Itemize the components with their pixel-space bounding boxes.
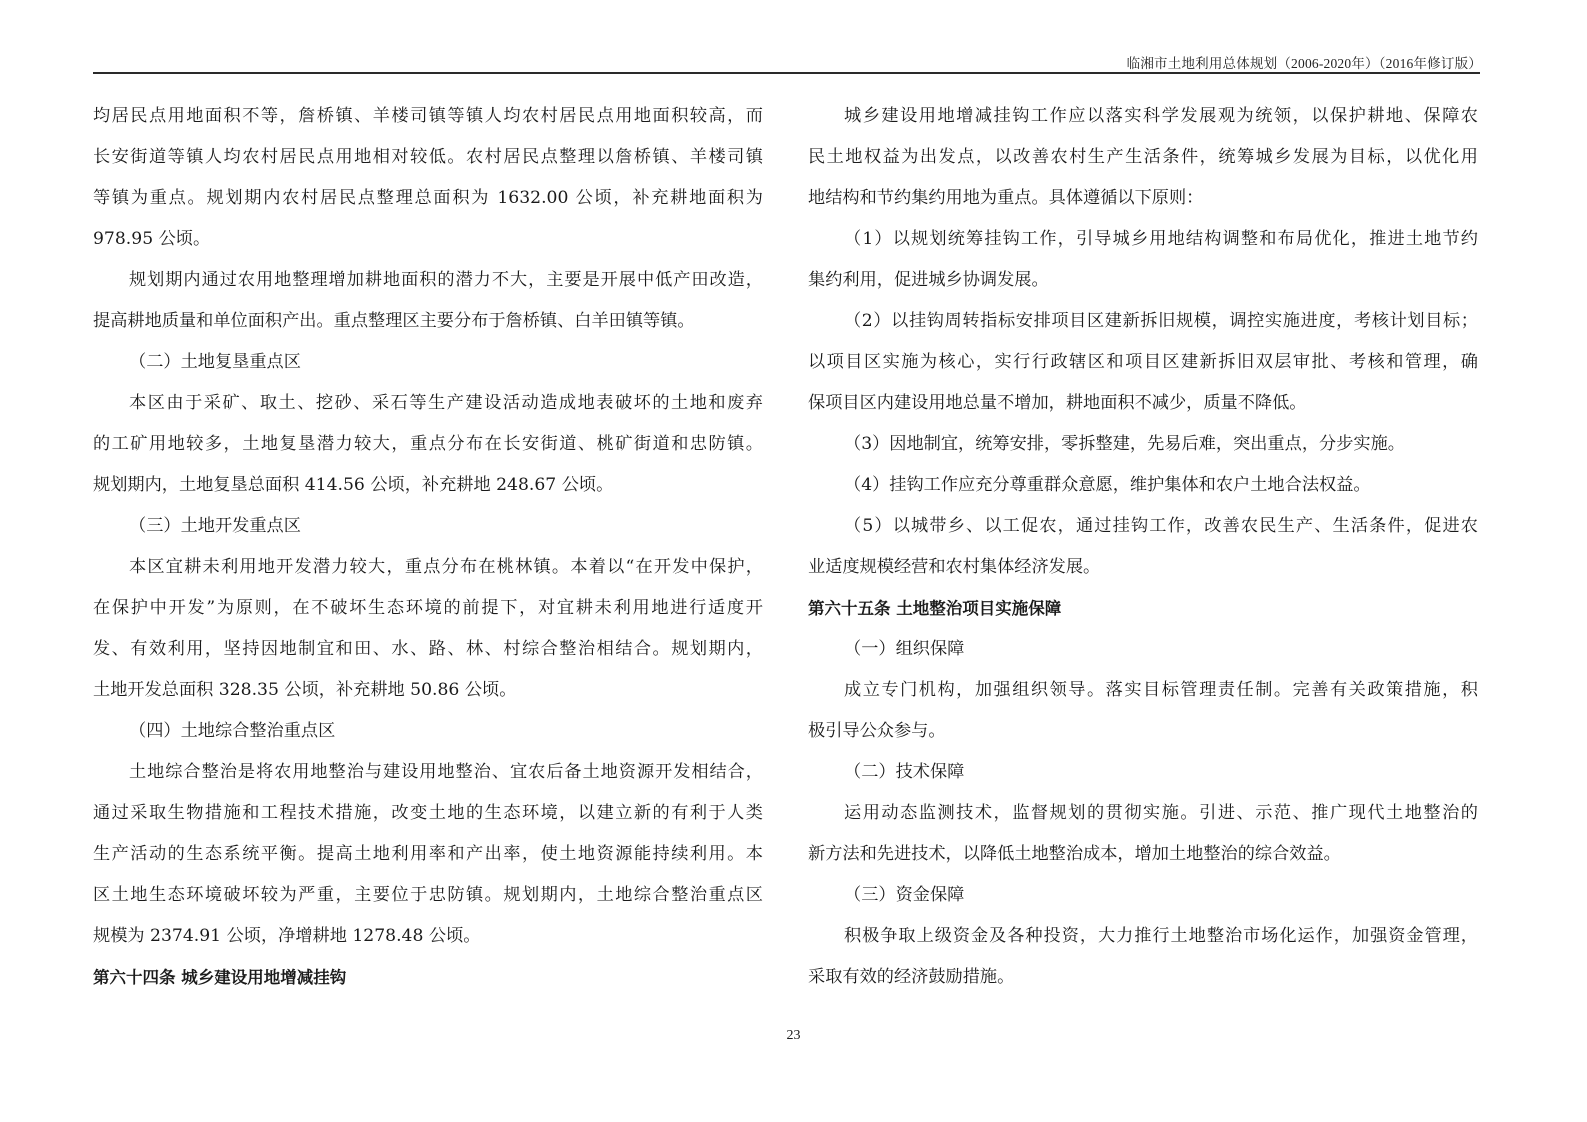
left-column: 均居民点用地面积不等，詹桥镇、羊楼司镇等镇人均农村居民点用地面积较高，而长安街道… <box>93 96 763 998</box>
text-line: 规模为 2374.91 公顷，净增耕地 1278.48 公顷。 <box>93 916 763 957</box>
subsection-title: （一）组织保障 <box>808 629 1478 670</box>
text-line: 城乡建设用地增减挂钩工作应以落实科学发展观为统领，以保护耕地、保障农 <box>808 96 1478 137</box>
text-line: 保项目区内建设用地总量不增加，耕地面积不减少，质量不降低。 <box>808 383 1478 424</box>
text-line: 积极争取上级资金及各种投资，大力推行土地整治市场化运作，加强资金管理， <box>808 916 1478 957</box>
header-rule <box>93 72 1480 74</box>
subsection-title: （二）土地复垦重点区 <box>93 342 763 383</box>
text-line: 978.95 公顷。 <box>93 219 763 260</box>
text-line: 本区由于采矿、取土、挖砂、采石等生产建设活动造成地表破坏的土地和废弃 <box>93 383 763 424</box>
text-line: 均居民点用地面积不等，詹桥镇、羊楼司镇等镇人均农村居民点用地面积较高，而 <box>93 96 763 137</box>
text-line: 集约利用，促进城乡协调发展。 <box>808 260 1478 301</box>
text-line: 土地开发总面积 328.35 公顷，补充耕地 50.86 公顷。 <box>93 670 763 711</box>
text-line: 区土地生态环境破坏较为严重，主要位于忠防镇。规划期内，土地综合整治重点区 <box>93 875 763 916</box>
text-line: 采取有效的经济鼓励措施。 <box>808 957 1478 998</box>
text-line: 通过采取生物措施和工程技术措施，改变土地的生态环境，以建立新的有利于人类 <box>93 793 763 834</box>
section-heading: 第六十五条 土地整治项目实施保障 <box>808 588 1478 629</box>
text-line: 发、有效利用，坚持因地制宜和田、水、路、林、村综合整治相结合。规划期内， <box>93 629 763 670</box>
text-line: 以项目区实施为核心，实行行政辖区和项目区建新拆旧双层审批、考核和管理，确 <box>808 342 1478 383</box>
text-line: 土地综合整治是将农用地整治与建设用地整治、宜农后备土地资源开发相结合， <box>93 752 763 793</box>
page-number: 23 <box>0 1028 1587 1044</box>
text-line: 地结构和节约集约用地为重点。具体遵循以下原则： <box>808 178 1478 219</box>
text-line: 提高耕地质量和单位面积产出。重点整理区主要分布于詹桥镇、白羊田镇等镇。 <box>93 301 763 342</box>
subsection-title: （四）土地综合整治重点区 <box>93 711 763 752</box>
text-line: 长安街道等镇人均农村居民点用地相对较低。农村居民点整理以詹桥镇、羊楼司镇 <box>93 137 763 178</box>
text-line: 本区宜耕未利用地开发潜力较大，重点分布在桃林镇。本着以“在开发中保护， <box>93 547 763 588</box>
text-line: （2）以挂钩周转指标安排项目区建新拆旧规模，调控实施进度，考核计划目标； <box>808 301 1478 342</box>
text-line: 运用动态监测技术，监督规划的贯彻实施。引进、示范、推广现代土地整治的 <box>808 793 1478 834</box>
running-header-title: 临湘市土地利用总体规划（2006-2020年）（2016年修订版） <box>1127 52 1482 72</box>
text-line: 规划期内，土地复垦总面积 414.56 公顷，补充耕地 248.67 公顷。 <box>93 465 763 506</box>
text-line: 的工矿用地较多，土地复垦潜力较大，重点分布在长安街道、桃矿街道和忠防镇。 <box>93 424 763 465</box>
section-heading: 第六十四条 城乡建设用地增减挂钩 <box>93 957 763 998</box>
text-line: 在保护中开发”为原则，在不破坏生态环境的前提下，对宜耕未利用地进行适度开 <box>93 588 763 629</box>
text-line: 等镇为重点。规划期内农村居民点整理总面积为 1632.00 公顷，补充耕地面积为 <box>93 178 763 219</box>
text-line: （5）以城带乡、以工促农，通过挂钩工作，改善农民生产、生活条件，促进农 <box>808 506 1478 547</box>
text-line: 成立专门机构，加强组织领导。落实目标管理责任制。完善有关政策措施，积 <box>808 670 1478 711</box>
subsection-title: （4）挂钩工作应充分尊重群众意愿，维护集体和农户土地合法权益。 <box>808 465 1478 506</box>
subsection-title: （二）技术保障 <box>808 752 1478 793</box>
subsection-title: （三）资金保障 <box>808 875 1478 916</box>
text-line: 极引导公众参与。 <box>808 711 1478 752</box>
subsection-title: （3）因地制宜，统筹安排，零拆整建，先易后难，突出重点，分步实施。 <box>808 424 1478 465</box>
text-line: 规划期内通过农用地整理增加耕地面积的潜力不大，主要是开展中低产田改造， <box>93 260 763 301</box>
text-line: （1）以规划统筹挂钩工作，引导城乡用地结构调整和布局优化，推进土地节约 <box>808 219 1478 260</box>
text-line: 生产活动的生态系统平衡。提高土地利用率和产出率，使土地资源能持续利用。本 <box>93 834 763 875</box>
right-column: 城乡建设用地增减挂钩工作应以落实科学发展观为统领，以保护耕地、保障农民土地权益为… <box>808 96 1478 998</box>
text-line: 业适度规模经营和农村集体经济发展。 <box>808 547 1478 588</box>
text-line: 新方法和先进技术，以降低土地整治成本，增加土地整治的综合效益。 <box>808 834 1478 875</box>
text-line: 民土地权益为出发点，以改善农村生产生活条件，统筹城乡发展为目标，以优化用 <box>808 137 1478 178</box>
subsection-title: （三）土地开发重点区 <box>93 506 763 547</box>
